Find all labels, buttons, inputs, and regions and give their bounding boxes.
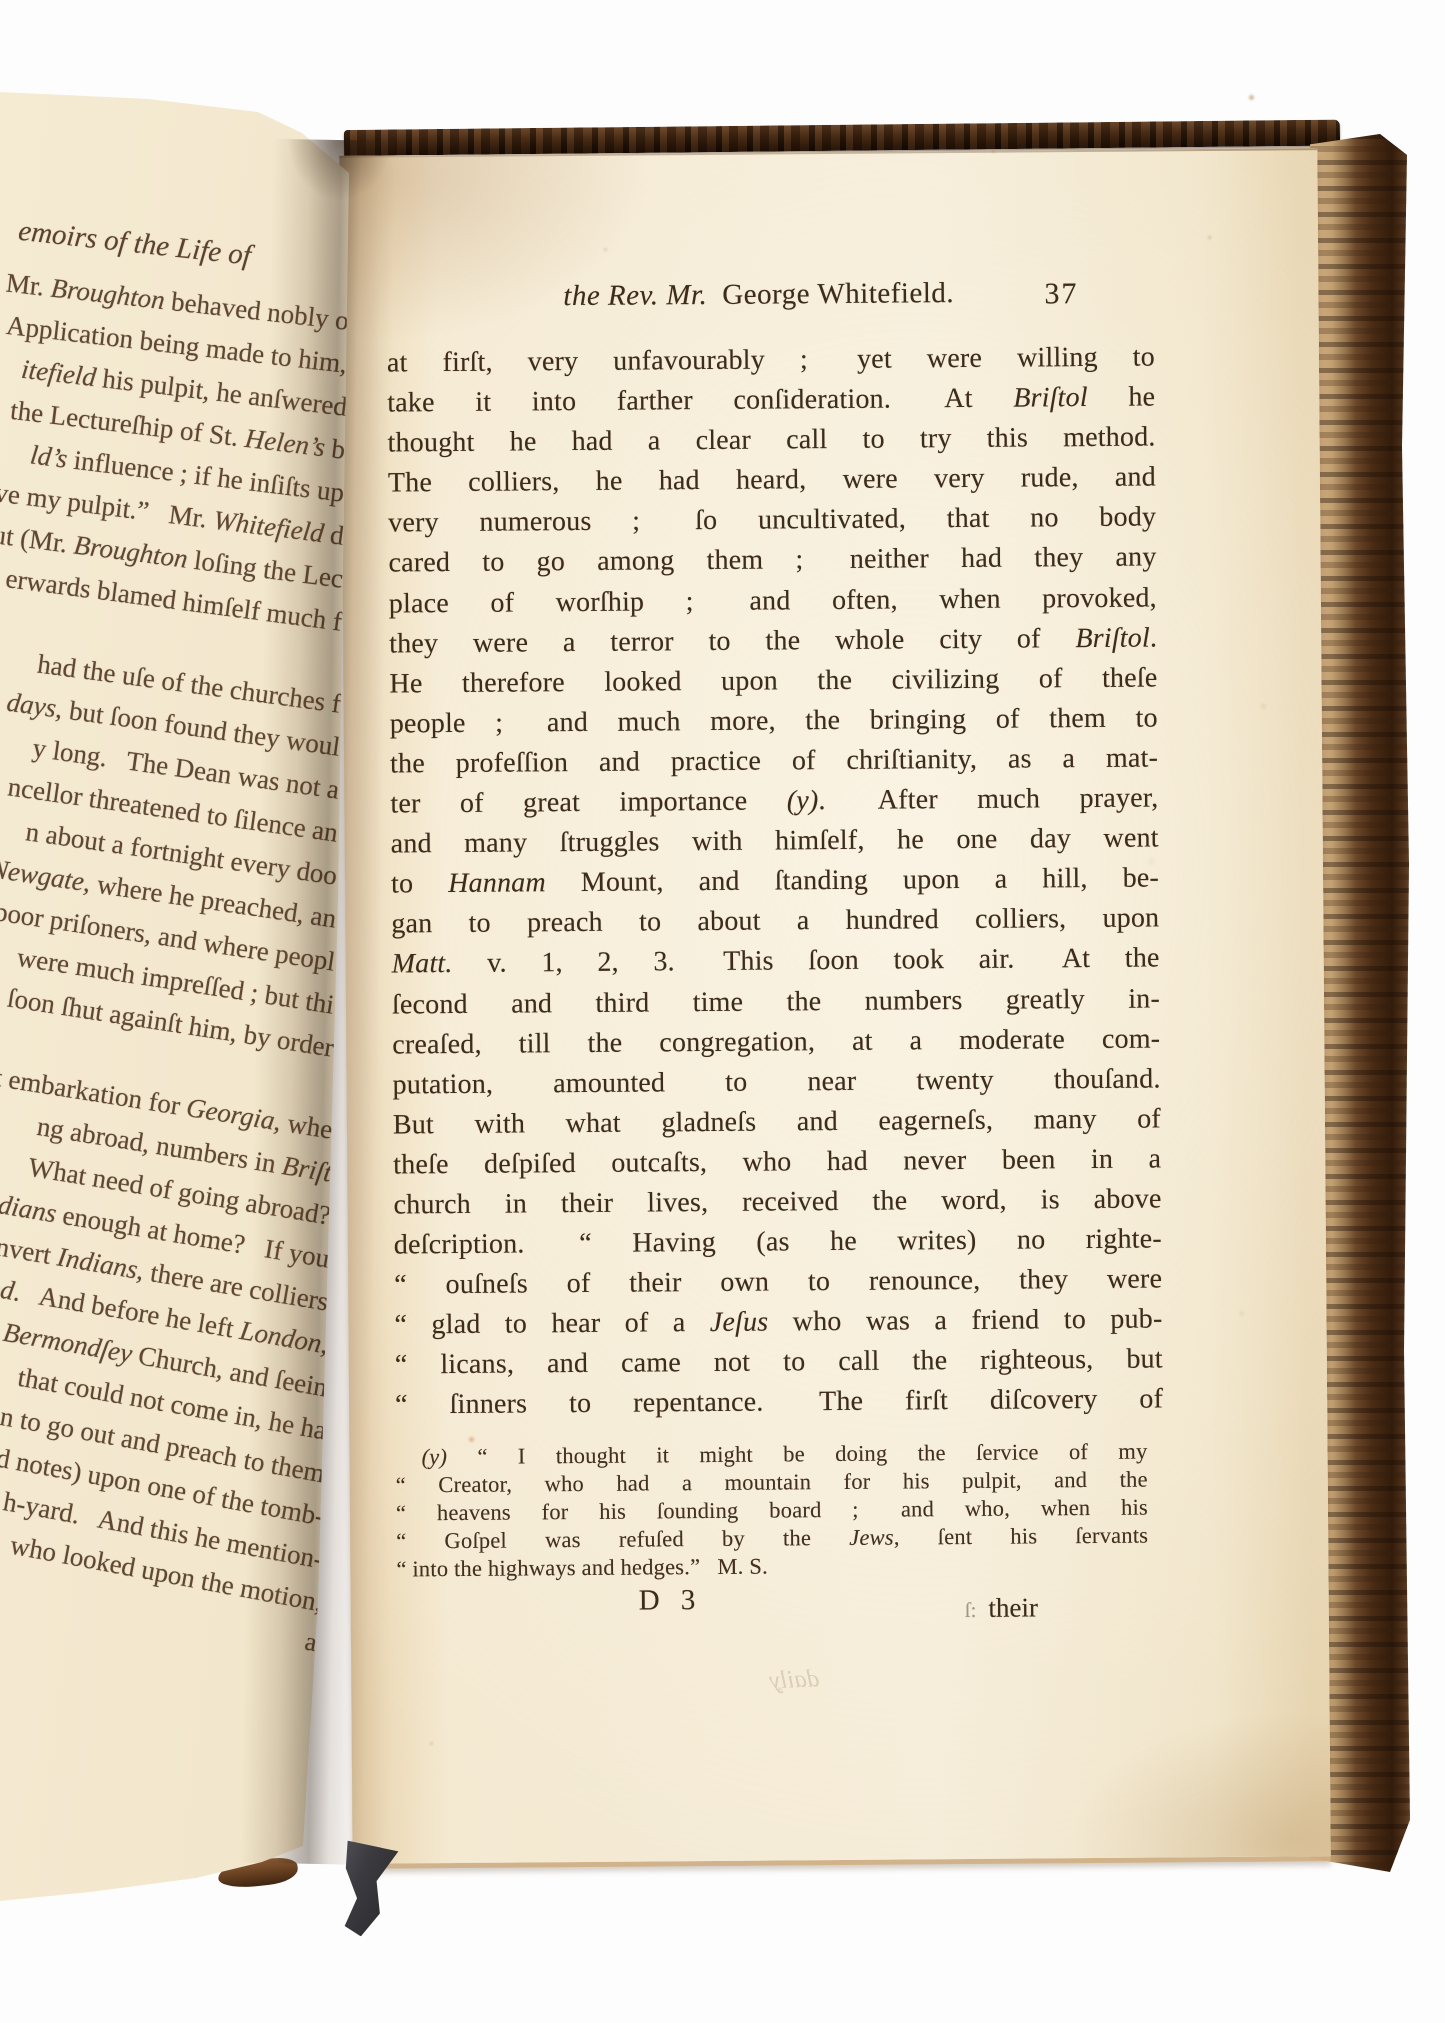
text-run: “ heavens for his ſounding board ; and w… [396,1495,1148,1526]
running-header-title: the Rev. Mr. George Whitefield. [563,277,954,313]
italic-text: Jews [849,1525,894,1550]
italic-text: Matt. [392,948,453,979]
text-run: . [1150,622,1157,653]
text-run: people ; and much more, the bringing of … [390,702,1158,739]
text-run: place of worſhip ; and often, when provo… [389,582,1157,619]
body-text-line: “ ſinners to repentance. The firſt diſco… [395,1380,1163,1426]
italic-text: days [5,687,58,723]
catchword-text: their [988,1592,1038,1622]
italic-text: Indians [56,1241,141,1284]
body-text-line: place of worſhip ; and often, when provo… [389,578,1157,624]
text-run: nvert [0,1231,61,1271]
body-text-line: cared to go among them ; neither had the… [388,538,1156,584]
italic-text: Helen’s [244,423,328,462]
text-run: b [324,433,348,465]
text-run: ut (Mr. [0,519,76,559]
body-text-line: ſecond and third time the numbers greatl… [392,979,1160,1025]
text-run: creaſed, till the congregation, at a mod… [392,1023,1160,1060]
body-text-line: He therefore looked upon the civilizing … [389,658,1157,704]
body-text-line: the profeſſion and practice of chriſtian… [390,738,1158,784]
body-text-line: very numerous ; ſo uncultivated, that no… [388,498,1156,544]
italic-text: Newgate [0,853,86,896]
text-run: “ Goſpel was refuſed by the [396,1525,849,1554]
running-header-italic: the Rev. Mr. [563,279,707,312]
italic-text: ld’s [29,439,69,473]
italic-text: Georgia [184,1092,277,1135]
italic-text: Whitefield [212,505,326,549]
body-text-line: creaſed, till the congregation, at a mod… [392,1019,1160,1065]
body-text-line: ter of great importance (y). After much … [390,778,1158,824]
footnote: (y) “ I thought it might be doing the ſe… [395,1438,1148,1584]
text-run: “ Creator, who had a mountain for his pu… [396,1467,1148,1498]
body-text-line: But with what gladneſs and eagerneſs, ma… [393,1099,1161,1145]
text-run: putation, amounted to near twenty thouſa… [392,1063,1160,1100]
body-text-line: gan to preach to about a hundred collier… [391,899,1159,945]
text-run: the profeſſion and practice of chriſtian… [390,742,1158,779]
text-run: v. 1, 2, 3. This ſoon took air. At the [452,943,1159,980]
body-text-line: at firſt, very unfavourably ; yet were w… [387,337,1155,383]
page-number: 37 [1044,277,1078,311]
body-text-line: “ glad to hear of a Jeſus who was a frie… [394,1300,1162,1346]
catchword-mark: ſ: [965,1598,977,1622]
italic-text: (y) [421,1444,447,1469]
text-run: church in their lives, received the word… [393,1183,1161,1220]
body-text: at firſt, very unfavourably ; yet were w… [387,337,1163,1426]
italic-text: Broughton [72,530,189,574]
body-text-line: “ ouſneſs of their own to renounce, they… [394,1260,1162,1306]
italic-text: (y) [787,785,819,816]
text-run: , whe [272,1106,334,1145]
italic-text: London [237,1315,323,1358]
text-run: “ ouſneſs of their own to renounce, they… [394,1264,1162,1301]
italic-text: Jeſus [710,1307,769,1338]
text-run: and many ſtruggles with himſelf, he one … [391,823,1159,860]
catchword-left: at [303,1627,327,1660]
italic-text: Briſt [280,1150,334,1187]
signature-mark: D 3 [639,1584,703,1617]
running-header-left: emoirs of the Life of [17,215,253,273]
signature-row: D 3 ſ:their [397,1580,1165,1650]
catchword: ſ:their [965,1592,1038,1624]
text-run: behaved nobly o [163,285,350,335]
italic-text: itefield [19,354,97,393]
footnote-line: “ Goſpel was refuſed by the Jews, ſent h… [396,1522,1148,1556]
italic-text: ndians [0,1187,59,1228]
text-run: “ licans, and came not to call the right… [395,1344,1163,1381]
text-run: thought he had a clear call to try this … [387,422,1155,459]
text-run: Mount, and ſtanding upon a hill, be- [546,863,1159,899]
text-run: ſecond and third time the numbers greatl… [392,983,1160,1020]
text-run: The colliers, he had heard, were very ru… [388,462,1156,499]
text-run: . After much prayer, [818,782,1158,816]
text-run: “ glad to hear of a [394,1307,710,1340]
body-text-line: “ licans, and came not to call the right… [395,1340,1163,1386]
text-run: But with what gladneſs and eagerneſs, ma… [393,1103,1161,1140]
text-run: theſe deſpiſed outcaſts, who had never b… [393,1143,1161,1180]
text-run: “ I thought it might be doing the ſervic… [447,1439,1148,1470]
text-run: take it into farther conſideration. At [387,383,1013,419]
text-run: they were a terror to the whole city of [389,623,1075,659]
text-run: who was a friend to pub- [768,1304,1162,1338]
body-text-line: to Hannam Mount, and ſtanding upon a hil… [391,859,1159,905]
text-run: loſing the Lec [185,544,344,594]
text-run: cared to go among them ; neither had the… [388,542,1156,579]
body-text-line: thought he had a clear call to try this … [387,418,1155,464]
text-run: , ſent his ſervants [894,1523,1149,1550]
text-run: he [1088,382,1156,414]
footnote-line: “ into the highways and hedges.” M. S. [396,1550,1148,1584]
text-run: “ ſinners to repentance. The firſt diſco… [395,1384,1163,1421]
body-text-line: deſcription. “ Having (as he writes) no … [394,1220,1162,1266]
text-run: at firſt, very unfavourably ; yet were w… [387,341,1155,378]
body-text-line: people ; and much more, the bringing of … [390,698,1158,744]
running-header-roman: George Whitefield. [722,277,954,311]
text-run: e Mr. [0,265,52,302]
body-text-line: The colliers, he had heard, were very ru… [388,458,1156,504]
text-run: t embarkation for [0,1062,189,1122]
body-text-line: and many ſtruggles with himſelf, he one … [391,819,1159,865]
body-text-line: church in their lives, received the word… [393,1179,1161,1225]
italic-text: Hannam [448,867,546,899]
body-text-line: they were a terror to the whole city of … [389,618,1157,664]
italic-text: Briſtol [1013,382,1088,414]
text-run: gan to preach to about a hundred collier… [391,903,1159,940]
foxing-spots [0,0,3,3]
body-text-line: putation, amounted to near twenty thouſa… [392,1059,1160,1105]
ribbon-bookmark [319,1838,408,1941]
text-run: deſcription. “ Having (as he writes) no … [394,1224,1162,1261]
text-run: very numerous ; ſo uncultivated, that no… [388,502,1156,539]
text-run: d [322,518,346,550]
text-run: “ into the highways and hedges.” M. S. [396,1554,768,1582]
italic-text: Briſtol [1075,622,1150,654]
running-header: the Rev. Mr. George Whitefield. 37 [386,275,1154,325]
text-run: He therefore looked upon the civilizing … [389,662,1157,699]
body-text-line: Matt. v. 1, 2, 3. This ſoon took air. At… [392,939,1160,985]
italic-text: Broughton [49,273,166,316]
body-text-line: theſe deſpiſed outcaſts, who had never b… [393,1139,1161,1185]
text-run: to [391,868,448,899]
text-run: ter of great importance [390,785,787,819]
bleedthrough-text: daily [769,1665,820,1695]
right-page: the Rev. Mr. George Whitefield. 37 at fi… [339,148,1330,1864]
book-photograph: the Rev. Mr. George Whitefield. 37 at fi… [0,0,1445,2023]
left-page-lines: emoirs of the Life of at e Mr. Broughton… [0,0,352,2023]
body-text-line: take it into farther conſideration. At B… [387,378,1155,424]
